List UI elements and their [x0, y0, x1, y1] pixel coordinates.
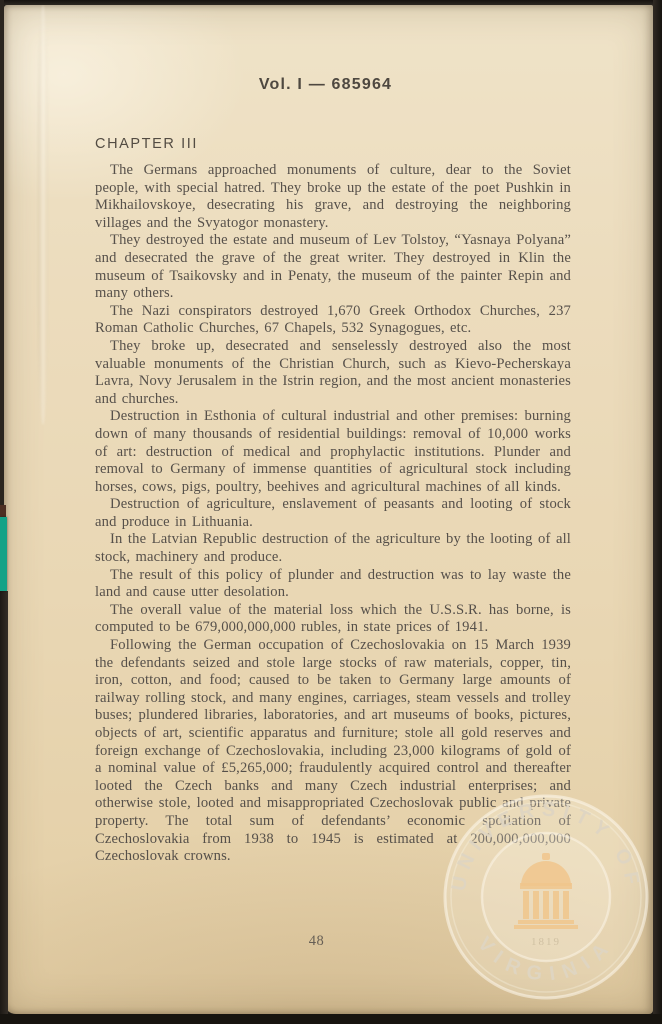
scan-edge-bottom	[0, 1014, 662, 1024]
paragraph: The Nazi conspirators destroyed 1,670 Gr…	[95, 303, 571, 338]
paragraph: The Germans approached monuments of cult…	[95, 162, 571, 232]
page-curl-crease	[38, 5, 48, 425]
paragraph: Destruction of agriculture, enslavement …	[95, 496, 571, 531]
scan-edge-top	[0, 0, 662, 5]
teal-edge-mark	[0, 517, 7, 591]
volume-header: Vol. I — 685964	[4, 76, 647, 94]
scan-edge-left-lower	[0, 591, 8, 1024]
paragraph: Following the German occupation of Czech…	[95, 637, 571, 866]
paragraph: The overall value of the material loss w…	[95, 602, 571, 637]
paragraph: The result of this policy of plunder and…	[95, 567, 571, 602]
scanned-book-page: Vol. I — 685964 CHAPTER III The Germans …	[0, 0, 662, 1024]
page-number: 48	[4, 933, 629, 950]
paragraph: In the Latvian Republic destruction of t…	[95, 531, 571, 566]
paragraph: They destroyed the estate and museum of …	[95, 232, 571, 302]
book-page-paper: Vol. I — 685964 CHAPTER III The Germans …	[4, 5, 653, 1014]
page-body: The Germans approached monuments of cult…	[95, 162, 571, 866]
scan-edge-right	[653, 0, 662, 1024]
chapter-heading: CHAPTER III	[95, 136, 198, 152]
paragraph: Destruction in Esthonia of cultural indu…	[95, 408, 571, 496]
paragraph: They broke up, desecrated and senselessl…	[95, 338, 571, 408]
